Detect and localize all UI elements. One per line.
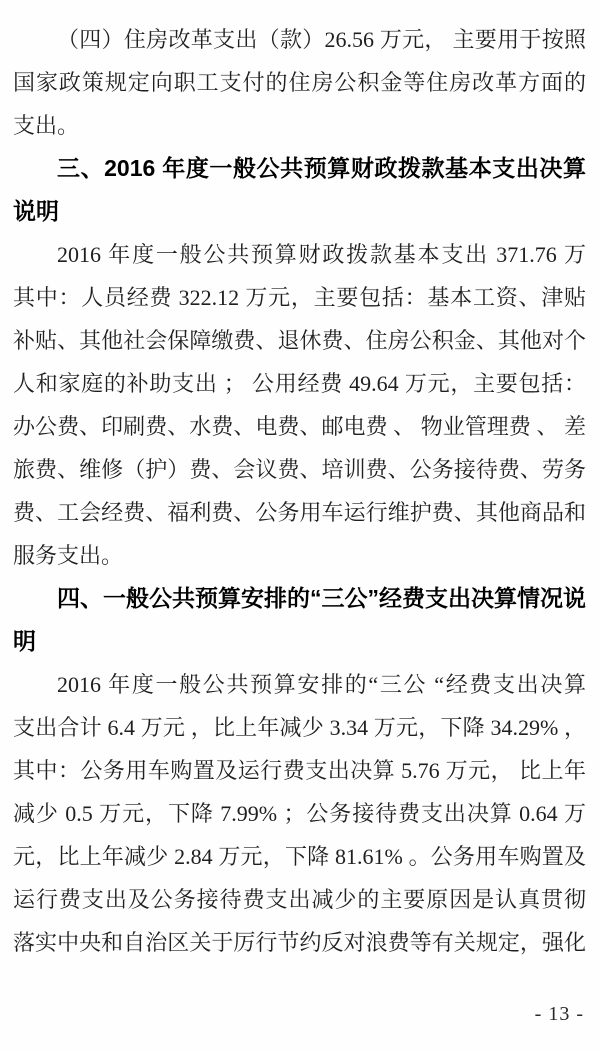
paragraph-line: 费、工会经费、福利费、公务用车运行维护费、其他商品和 (13, 491, 586, 534)
paragraph-line: 支出。 (13, 104, 586, 147)
paragraph-line: 2016 年度一般公共预算财政拨款基本支出 371.76 万元， (13, 233, 586, 276)
paragraph-line: 人和家庭的补助支出 ； 公用经费 49.64 万元，主要包括： (13, 362, 586, 405)
paragraph-line: 其中：公务用车购置及运行费支出决算 5.76 万元， 比上年 (13, 749, 586, 792)
paragraph-line: 补贴、其他社会保障缴费、退休费、住房公积金、其他对个 (13, 319, 586, 362)
paragraph-line: （四）住房改革支出（款）26.56 万元， 主要用于按照 (13, 18, 586, 61)
section-heading-line: 说明 (13, 190, 586, 233)
document-text-block: （四）住房改革支出（款）26.56 万元， 主要用于按照 国家政策规定向职工支付… (0, 0, 600, 964)
page-number: - 13 - (535, 1000, 584, 1028)
paragraph-line: 运行费支出及公务接待费支出减少的主要原因是认真贯彻 (13, 878, 586, 921)
section-heading-line: 四、一般公共预算安排的“三公”经费支出决算情况说 (13, 577, 586, 620)
paragraph-line: 旅费、维修（护）费、会议费、培训费、公务接待费、劳务 (13, 448, 586, 491)
paragraph-line: 落实中央和自治区关于厉行节约反对浪费等有关规定，强化 (13, 921, 586, 964)
paragraph-line: 2016 年度一般公共预算安排的“三公 “经费支出决算 (13, 663, 586, 706)
paragraph-line: 元，比上年减少 2.84 万元，下降 81.61% 。公务用车购置及 (13, 835, 586, 878)
paragraph-line: 国家政策规定向职工支付的住房公积金等住房改革方面的 (13, 61, 586, 104)
paragraph-line: 减少 0.5 万元，下降 7.99% ；公务接待费支出决算 0.64 万 (13, 792, 586, 835)
paragraph-line: 服务支出。 (13, 534, 586, 577)
document-page: （四）住房改革支出（款）26.56 万元， 主要用于按照 国家政策规定向职工支付… (0, 0, 600, 1050)
section-heading-line: 三、2016 年度一般公共预算财政拨款基本支出决算情况 (13, 147, 586, 190)
paragraph-line: 支出合计 6.4 万元 ，比上年减少 3.34 万元，下降 34.29% ， (13, 706, 586, 749)
paragraph-line: 其中：人员经费 322.12 万元，主要包括：基本工资、津贴 (13, 276, 586, 319)
paragraph-line: 办公费、印刷费、水费、电费、邮电费 、 物业管理费 、 差 (13, 405, 586, 448)
section-heading-line: 明 (13, 620, 586, 663)
